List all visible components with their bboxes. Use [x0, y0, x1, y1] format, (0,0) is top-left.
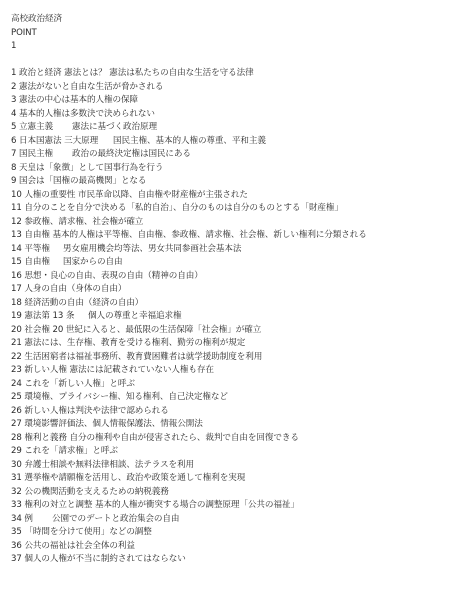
- point-item: 33 権利の対立と調整 基本的人権が衝突する場合の調整原理「公共の福祉」: [11, 499, 467, 513]
- point-item: 34 例公園でのデートと政治集会の自由: [11, 513, 467, 527]
- point-number: 18: [11, 298, 22, 308]
- point-text: 政治と経済 憲法とは？ 憲法は私たちの自由な生活を守る法律: [19, 68, 254, 78]
- point-text: 憲法第 13 条: [24, 311, 74, 321]
- point-text: 生活困窮者は福祉事務所、教育費困難者は就学援助制度を利用: [24, 352, 262, 362]
- point-text: 個人の人権が不当に制約されてはならない: [24, 554, 185, 564]
- point-text: 自由権 基本的人権は平等権、自由権、参政権、請求権、社会権、新しい権利に分類され…: [24, 230, 366, 240]
- point-item: 13 自由権 基本的人権は平等権、自由権、参政権、請求権、社会権、新しい権利に分…: [11, 229, 467, 243]
- point-item: 16 思想・良心の自由、表現の自由（精神の自由）: [11, 270, 467, 284]
- point-item: 37 個人の人権が不当に制約されてはならない: [11, 553, 467, 567]
- point-detail: 国家からの自由: [63, 256, 122, 270]
- point-item: 2 憲法がないと自由な生活が脅かされる: [11, 81, 467, 95]
- point-text: 権利と義務 自分の権利や自由が侵害されたら、裁判で自由を回復できる: [24, 433, 298, 443]
- point-text: 自分のことを自分で決める「私的自治」、自分のものは自分のものとする「財産権」: [24, 203, 342, 213]
- document-body: 高校政治経済 POINT 1 1 政治と経済 憲法とは？ 憲法は私たちの自由な生…: [11, 13, 467, 567]
- point-number: 29: [11, 446, 22, 456]
- point-item: 8 天皇は「象徴」として国事行為を行う: [11, 162, 467, 176]
- point-item: 31 選挙権や請願権を活用し、政治や政策を通して権利を実現: [11, 472, 467, 486]
- point-number: 32: [11, 487, 22, 497]
- point-item: 18 経済活動の自由（経済の自由）: [11, 297, 467, 311]
- point-text: 天皇は「象徴」として国事行為を行う: [19, 163, 163, 173]
- point-number: 5: [11, 122, 16, 132]
- point-item: 25 環境権、プライバシー権、知る権利、自己決定権など: [11, 391, 467, 405]
- point-item: 15 自由権国家からの自由: [11, 256, 467, 270]
- point-text: 公の機関活動を支えるための納税義務: [24, 487, 168, 497]
- point-text: 権利の対立と調整 基本的人権が衝突する場合の調整原理「公共の福祉」: [24, 500, 298, 510]
- point-detail: 公園でのデートと政治集会の自由: [52, 513, 179, 527]
- point-text: これを「請求権」と呼ぶ: [24, 446, 117, 456]
- point-item: 7 国民主権政治の最終決定権は国民にある: [11, 148, 467, 162]
- point-item: 30 弁護士相談や無料法律相談、法テラスを利用: [11, 459, 467, 473]
- point-text: 基本的人権は多数決で決められない: [19, 109, 155, 119]
- point-number: 25: [11, 392, 22, 402]
- point-number: 37: [11, 554, 22, 564]
- point-number: 35: [11, 527, 22, 537]
- point-number: 7: [11, 149, 16, 159]
- point-number: 20: [11, 325, 22, 335]
- point-detail: 憲法に基づく政治原理: [72, 121, 157, 135]
- point-number: 14: [11, 244, 22, 254]
- point-item: 32 公の機関活動を支えるための納税義務: [11, 486, 467, 500]
- point-text: 社会権 20 世紀に入ると、最低限の生活保障「社会権」が確立: [24, 325, 261, 335]
- point-item: 23 新しい人権 憲法には記載されていない人権も存在: [11, 364, 467, 378]
- point-text: 例: [24, 514, 33, 524]
- point-text: 憲法がないと自由な生活が脅かされる: [19, 82, 163, 92]
- point-item: 14 平等権男女雇用機会均等法、男女共同参画社会基本法: [11, 243, 467, 257]
- point-item: 27 環境影響評価法、個人情報保護法、情報公開法: [11, 418, 467, 432]
- point-number: 1: [11, 68, 16, 78]
- point-text: 憲法の中心は基本的人権の保障: [19, 95, 138, 105]
- point-text: 平等権: [24, 244, 49, 254]
- point-text: 人身の自由（身体の自由）: [24, 284, 126, 294]
- point-number: 36: [11, 541, 22, 551]
- point-detail: 国民主権、基本的人権の尊重、平和主義: [113, 135, 266, 149]
- point-number: 28: [11, 433, 22, 443]
- point-item: 6 日本国憲法 三大原理国民主権、基本的人権の尊重、平和主義: [11, 135, 467, 149]
- point-text: 公共の福祉は社会全体の利益: [24, 541, 134, 551]
- point-number: 13: [11, 230, 22, 240]
- document-subtitle: POINT: [11, 27, 467, 41]
- point-text: 人権の重要性 市民革命以降、自由権や財産権が主張された: [24, 190, 247, 200]
- point-item: 28 権利と義務 自分の権利や自由が侵害されたら、裁判で自由を回復できる: [11, 432, 467, 446]
- point-item: 17 人身の自由（身体の自由）: [11, 283, 467, 297]
- point-item: 3 憲法の中心は基本的人権の保障: [11, 94, 467, 108]
- point-text: 弁護士相談や無料法律相談、法テラスを利用: [24, 460, 194, 470]
- point-text: 自由権: [24, 257, 49, 267]
- point-number: 9: [11, 176, 16, 186]
- point-number: 22: [11, 352, 22, 362]
- point-item: 9 国会は「国権の最高機関」となる: [11, 175, 467, 189]
- point-item: 24 これを「新しい人権」と呼ぶ: [11, 378, 467, 392]
- point-number: 8: [11, 163, 16, 173]
- point-number: 15: [11, 257, 22, 267]
- point-text: 国会は「国権の最高機関」となる: [19, 176, 146, 186]
- point-number: 16: [11, 271, 22, 281]
- point-text: これを「新しい人権」と呼ぶ: [24, 379, 134, 389]
- point-item: 12 参政権、請求権、社会権が確立: [11, 216, 467, 230]
- point-text: 参政権、請求権、社会権が確立: [24, 217, 143, 227]
- point-number: 3: [11, 95, 16, 105]
- point-item: 10 人権の重要性 市民革命以降、自由権や財産権が主張された: [11, 189, 467, 203]
- point-item: 4 基本的人権は多数決で決められない: [11, 108, 467, 122]
- point-text: 立憲主義: [19, 122, 53, 132]
- point-number: 12: [11, 217, 22, 227]
- point-item: 21 憲法には、生存権、教育を受ける権利、勤労の権利が規定: [11, 337, 467, 351]
- point-text: 憲法には、生存権、教育を受ける権利、勤労の権利が規定: [24, 338, 245, 348]
- point-number: 4: [11, 109, 16, 119]
- point-detail: 政治の最終決定権は国民にある: [72, 148, 191, 162]
- point-item: 26 新しい人権は判決や法律で認められる: [11, 405, 467, 419]
- point-item: 11 自分のことを自分で決める「私的自治」、自分のものは自分のものとする「財産権…: [11, 202, 467, 216]
- point-detail: 個人の尊重と幸福追求権: [88, 310, 181, 324]
- point-text: 選挙権や請願権を活用し、政治や政策を通して権利を実現: [24, 473, 245, 483]
- point-text: 経済活動の自由（経済の自由）: [24, 298, 143, 308]
- point-item: 20 社会権 20 世紀に入ると、最低限の生活保障「社会権」が確立: [11, 324, 467, 338]
- point-detail: 男女雇用機会均等法、男女共同参画社会基本法: [63, 243, 241, 257]
- point-number: 33: [11, 500, 22, 510]
- point-number: 31: [11, 473, 22, 483]
- point-number: 30: [11, 460, 22, 470]
- point-number: 27: [11, 419, 22, 429]
- point-number: 21: [11, 338, 22, 348]
- point-list: 1 政治と経済 憲法とは？ 憲法は私たちの自由な生活を守る法律2 憲法がないと自…: [11, 67, 467, 567]
- point-text: 環境権、プライバシー権、知る権利、自己決定権など: [24, 392, 227, 402]
- point-number: 2: [11, 82, 16, 92]
- point-number: 6: [11, 136, 16, 146]
- point-text: 環境影響評価法、個人情報保護法、情報公開法: [24, 419, 202, 429]
- blank-line: [11, 54, 467, 68]
- point-text: 新しい人権は判決や法律で認められる: [24, 406, 168, 416]
- point-item: 35 「時間を分けて使用」などの調整: [11, 526, 467, 540]
- point-item: 1 政治と経済 憲法とは？ 憲法は私たちの自由な生活を守る法律: [11, 67, 467, 81]
- point-number: 23: [11, 365, 22, 375]
- point-item: 36 公共の福祉は社会全体の利益: [11, 540, 467, 554]
- point-number: 24: [11, 379, 22, 389]
- point-text: 国民主権: [19, 149, 53, 159]
- point-text: 新しい人権 憲法には記載されていない人権も存在: [24, 365, 214, 375]
- point-text: 「時間を分けて使用」などの調整: [24, 527, 151, 537]
- point-text: 日本国憲法 三大原理: [19, 136, 98, 146]
- point-number: 11: [11, 203, 22, 213]
- point-item: 29 これを「請求権」と呼ぶ: [11, 445, 467, 459]
- point-item: 22 生活困窮者は福祉事務所、教育費困難者は就学援助制度を利用: [11, 351, 467, 365]
- section-number: 1: [11, 40, 467, 54]
- point-item: 19 憲法第 13 条個人の尊重と幸福追求権: [11, 310, 467, 324]
- point-number: 26: [11, 406, 22, 416]
- point-number: 10: [11, 190, 22, 200]
- document-title: 高校政治経済: [11, 13, 467, 27]
- point-number: 34: [11, 514, 22, 524]
- point-number: 19: [11, 311, 22, 321]
- point-text: 思想・良心の自由、表現の自由（精神の自由）: [24, 271, 202, 281]
- point-number: 17: [11, 284, 22, 294]
- point-item: 5 立憲主義憲法に基づく政治原理: [11, 121, 467, 135]
